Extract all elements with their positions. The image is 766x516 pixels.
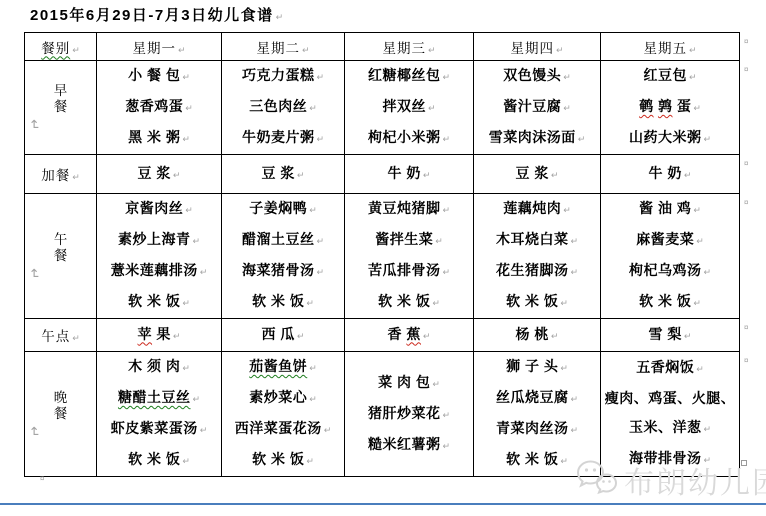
text-segment: 素炒菜心 [249, 389, 307, 405]
text-segment: 狮 子 头 [506, 358, 558, 374]
text-line: 豆 浆↵ [474, 159, 600, 190]
text-line: 牛 奶↵ [601, 159, 739, 190]
paragraph-mark-icon: ↵ [173, 170, 181, 180]
paragraph-mark-icon: ↵ [324, 425, 332, 435]
paragraph-mark-icon: ↵ [316, 72, 324, 82]
paragraph-mark-icon: ↵ [435, 236, 443, 246]
menu-cell[interactable]: 红糖椰丝包↵拌双丝↵枸杞小米粥↵ [345, 61, 474, 155]
paragraph-mark-icon: ↵ [560, 298, 568, 308]
paragraph-mark-icon: ↵ [703, 424, 711, 434]
cell-lines: 苹 果↵ [97, 320, 221, 351]
paragraph-mark-icon: ↵ [442, 134, 450, 144]
text-line: 红糖椰丝包↵ [345, 61, 473, 92]
paragraph-mark-icon: ↵ [192, 394, 200, 404]
menu-cell[interactable]: 豆 浆↵ [222, 155, 345, 194]
text-line: 莲藕炖肉↵ [474, 194, 600, 225]
paragraph-mark-icon: ↵ [182, 363, 190, 373]
text-line: 双色馒头↵ [474, 61, 600, 92]
paragraph-mark-icon: ↵ [432, 298, 440, 308]
text-line: 苹 果↵ [97, 320, 221, 351]
menu-cell[interactable]: 酱 油 鸡↵麻酱麦菜↵枸杞乌鸡汤↵软 米 饭↵ [601, 194, 740, 319]
meal-label-cell[interactable]: 午餐↵ [25, 194, 97, 319]
paragraph-mark-icon: ↵ [306, 456, 314, 466]
text-segment: 莲藕炖肉 [503, 200, 561, 216]
paragraph-mark-icon: ↵ [182, 134, 190, 144]
paragraph-mark-icon: ↵ [560, 456, 568, 466]
row-end-mark-icon: ¤ [744, 38, 748, 46]
text-line: 醋溜土豆丝↵ [222, 225, 344, 256]
menu-cell[interactable]: 莲藕炖肉↵木耳烧白菜↵花生猪脚汤↵软 米 饭↵ [474, 194, 601, 319]
row-end-mark-icon: ¤ [744, 160, 748, 168]
menu-cell[interactable]: 杨 桃↵ [474, 319, 601, 352]
text-line: 青菜肉丝汤↵ [474, 414, 600, 445]
text-segment: 星期一 [132, 41, 176, 56]
text-line: 星期二↵ [222, 37, 344, 57]
text-segment: 牛 奶 [388, 165, 421, 181]
text-segment: 素炒上海青 [118, 231, 191, 247]
cell-lines: 莲藕炖肉↵木耳烧白菜↵花生猪脚汤↵软 米 饭↵ [474, 194, 600, 318]
text-segment: 红豆包 [643, 67, 687, 83]
menu-cell[interactable]: 雪 梨↵ [601, 319, 740, 352]
cell-lines: 五香焖饭↵瘦肉、鸡蛋、火腿、玉米、洋葱↵海带排骨汤↵ [601, 353, 739, 475]
text-segment: 醋溜土豆丝 [242, 231, 315, 247]
text-segment: 京酱肉丝 [125, 200, 183, 216]
cell-lines: 子姜焖鸭↵醋溜土豆丝↵海菜猪骨汤↵软 米 饭↵ [222, 194, 344, 318]
after-table-paragraph-mark-icon: ¤ [40, 474, 44, 483]
text-segment: 麻酱麦菜 [636, 231, 694, 247]
text-line: 豆 浆↵ [97, 159, 221, 190]
text-line: 葱香鸡蛋↵ [97, 92, 221, 123]
text-segment: 蛋 [672, 98, 691, 114]
paragraph-mark-icon: ↵ [703, 134, 711, 144]
paragraph-mark-icon: ↵ [72, 45, 80, 55]
text-line: 子姜焖鸭↵ [222, 194, 344, 225]
text-line: 五香焖饭↵ [601, 353, 739, 384]
kindergarten-watermark: 布朗幼儿园 [576, 458, 766, 502]
spellcheck-flagged-text: 茄酱鱼饼 [249, 358, 307, 374]
text-line: 海菜猪骨汤↵ [222, 256, 344, 287]
wechat-icon [576, 459, 618, 502]
text-line: 酱 油 鸡↵ [601, 194, 739, 225]
text-segment: 木 须 肉 [128, 358, 180, 374]
text-line: 枸杞乌鸡汤↵ [601, 256, 739, 287]
text-line: 黑 米 粥↵ [97, 123, 221, 154]
text-line: 糙米红薯粥↵ [345, 430, 473, 461]
paragraph-mark-icon: ↵ [556, 45, 564, 55]
paragraph-mark-icon: ↵ [442, 205, 450, 215]
paragraph-mark-icon: ↵ [72, 333, 80, 343]
paragraph-mark-icon: ↵ [316, 267, 324, 277]
text-line: 酱汁豆腐↵ [474, 92, 600, 123]
text-segment: 苦瓜排骨汤 [368, 262, 441, 278]
text-line: 菜 肉 包↵ [345, 368, 473, 399]
page-title-text: 2015年6月29日-7月3日幼儿食谱 [30, 7, 274, 24]
row-end-mark-icon: ¤ [744, 324, 748, 332]
paragraph-mark-icon: ↵ [72, 172, 80, 182]
menu-cell[interactable]: 菜 肉 包↵猪肝炒菜花↵糙米红薯粥↵ [345, 352, 474, 477]
text-line: 加餐↵ [25, 164, 96, 184]
cell-lines: 黄豆炖猪脚↵酱拌生菜↵苦瓜排骨汤↵软 米 饭↵ [345, 194, 473, 318]
menu-cell[interactable]: 小 餐 包↵葱香鸡蛋↵黑 米 粥↵ [97, 61, 222, 155]
paragraph-mark-icon: ↵ [309, 363, 317, 373]
paragraph-mark-icon: ↵ [563, 103, 571, 113]
paragraph-mark-icon: ↵ [442, 72, 450, 82]
text-line: 西洋菜蛋花汤↵ [222, 414, 344, 445]
paragraph-mark-icon: ↵ [551, 331, 559, 341]
paragraph-mark-icon: ↵ [689, 72, 697, 82]
text-segment: 红糖椰丝包 [368, 67, 441, 83]
text-segment: 葱香鸡蛋 [125, 98, 183, 114]
text-segment: 花生猪脚汤 [496, 262, 569, 278]
cell-lines: 茄酱鱼饼↵素炒菜心↵西洋菜蛋花汤↵软 米 饭↵ [222, 352, 344, 476]
row-end-mark-icon: ¤ [744, 357, 748, 365]
bottom-accent-line [0, 503, 766, 505]
text-line: 星期一↵ [97, 37, 221, 57]
text-segment: 酱汁豆腐 [503, 98, 561, 114]
text-line: 山药大米粥↵ [601, 123, 739, 154]
menu-cell[interactable]: 黄豆炖猪脚↵酱拌生菜↵苦瓜排骨汤↵软 米 饭↵ [345, 194, 474, 319]
text-line: 瘦肉、鸡蛋、火腿、 [601, 384, 739, 413]
paragraph-mark-icon: ↵ [316, 236, 324, 246]
menu-cell[interactable]: 茄酱鱼饼↵素炒菜心↵西洋菜蛋花汤↵软 米 饭↵ [222, 352, 345, 477]
menu-cell[interactable]: 子姜焖鸭↵醋溜土豆丝↵海菜猪骨汤↵软 米 饭↵ [222, 194, 345, 319]
menu-cell[interactable]: 牛 奶↵ [345, 155, 474, 194]
text-segment: 豆 浆 [516, 165, 549, 181]
text-segment: 枸杞乌鸡汤 [629, 262, 702, 278]
text-segment: 枸杞小米粥 [368, 129, 441, 145]
cell-lines: 雪 梨↵ [601, 320, 739, 351]
paragraph-mark-icon: ↵ [26, 119, 42, 129]
cell-lines: 西 瓜↵ [222, 320, 344, 351]
menu-cell[interactable]: 西 瓜↵ [222, 319, 345, 352]
text-line: 狮 子 头↵ [474, 352, 600, 383]
text-segment: 菜 肉 包 [378, 374, 430, 390]
text-segment: 青菜肉丝汤 [496, 420, 569, 436]
text-line: 西 瓜↵ [222, 320, 344, 351]
text-segment: 海菜猪骨汤 [242, 262, 315, 278]
paragraph-mark-icon: ↵ [306, 298, 314, 308]
text-segment: 软 米 饭 [639, 293, 691, 309]
text-segment: 黑 米 粥 [128, 129, 180, 145]
menu-cell[interactable]: 巧克力蛋糕↵三色肉丝↵牛奶麦片粥↵ [222, 61, 345, 155]
meal-label: 午餐↵ [25, 232, 96, 281]
row-end-mark-icon: ¤ [744, 199, 748, 207]
paragraph-mark-icon: ↵ [428, 45, 436, 55]
paragraph-mark-icon: ↵ [442, 267, 450, 277]
text-segment: 猪肝炒菜花 [368, 405, 441, 421]
menu-cell[interactable]: 香 蕉↵ [345, 319, 474, 352]
text-segment: 星期二 [256, 41, 300, 56]
spellcheck-flagged-text: 鹑 [658, 98, 673, 114]
text-segment: 糙米红薯粥 [368, 436, 441, 452]
watermark-text: 布朗幼儿园 [624, 458, 766, 502]
paragraph-mark-icon: ↵ [200, 267, 208, 277]
paragraph-mark-icon: ↵ [696, 236, 704, 246]
paragraph-mark-icon: ↵ [570, 394, 578, 404]
text-segment: 果 [152, 326, 171, 342]
text-segment: 软 米 饭 [378, 293, 430, 309]
paragraph-mark-icon: ↵ [442, 410, 450, 420]
text-segment: 星期四 [510, 41, 554, 56]
text-segment: 软 米 饭 [506, 451, 558, 467]
paragraph-mark-icon: ↵ [551, 170, 559, 180]
paragraph-mark-icon: ↵ [182, 72, 190, 82]
text-line: 星期三↵ [345, 37, 473, 57]
cell-lines: 红糖椰丝包↵拌双丝↵枸杞小米粥↵ [345, 61, 473, 154]
cell-lines: 双色馒头↵酱汁豆腐↵雪菜肉沫汤面↵ [474, 61, 600, 154]
paragraph-mark-icon: ↵ [432, 379, 440, 389]
cell-lines: 红豆包↵鹌 鹑 蛋↵山药大米粥↵ [601, 61, 739, 154]
paragraph-mark-icon: ↵ [428, 103, 436, 113]
text-segment: 酱 油 鸡 [639, 200, 691, 216]
text-line: 巧克力蛋糕↵ [222, 61, 344, 92]
text-line: 小 餐 包↵ [97, 61, 221, 92]
text-line: 软 米 饭↵ [222, 445, 344, 476]
paragraph-mark-icon: ↵ [302, 45, 310, 55]
text-line: 京酱肉丝↵ [97, 194, 221, 225]
text-line: 丝瓜烧豆腐↵ [474, 383, 600, 414]
paragraph-mark-icon: ↵ [26, 426, 42, 436]
paragraph-mark-icon: ↵ [192, 236, 200, 246]
header-cell-meal-type[interactable]: 餐别↵ [25, 33, 97, 61]
text-segment: 三色肉丝 [249, 98, 307, 114]
text-line: 麻酱麦菜↵ [601, 225, 739, 256]
text-line: 星期五↵ [601, 37, 739, 57]
text-line: 黄豆炖猪脚↵ [345, 194, 473, 225]
text-segment: 玉米、洋葱 [629, 419, 702, 435]
text-line: 软 米 饭↵ [474, 287, 600, 318]
spellcheck-flagged-text: 苹 [138, 326, 153, 342]
text-line: 糖醋土豆丝↵ [97, 383, 221, 414]
paragraph-mark-icon: ↵ [309, 205, 317, 215]
text-line: 杨 桃↵ [474, 320, 600, 351]
text-line: 软 米 饭↵ [97, 445, 221, 476]
paragraph-mark-icon: ↵ [684, 331, 692, 341]
paragraph-mark-icon: ↵ [693, 298, 701, 308]
cell-lines: 豆 浆↵ [222, 159, 344, 190]
text-segment: 巧克力蛋糕 [242, 67, 315, 83]
cell-lines: 京酱肉丝↵素炒上海青↵薏米莲藕排汤↵软 米 饭↵ [97, 194, 221, 318]
paragraph-mark-icon: ↵ [185, 103, 193, 113]
text-line: 雪菜肉沫汤面↵ [474, 123, 600, 154]
text-line: 苦瓜排骨汤↵ [345, 256, 473, 287]
paragraph-mark-icon: ↵ [173, 331, 181, 341]
cell-lines: 小 餐 包↵葱香鸡蛋↵黑 米 粥↵ [97, 61, 221, 154]
text-line: 雪 梨↵ [601, 320, 739, 351]
text-segment: 牛 奶 [649, 165, 682, 181]
menu-cell[interactable]: 牛 奶↵ [601, 155, 740, 194]
text-line: 茄酱鱼饼↵ [222, 352, 344, 383]
text-line: 枸杞小米粥↵ [345, 123, 473, 154]
text-segment: 薏米莲藕排汤 [111, 262, 198, 278]
paragraph-mark-icon: ↵ [563, 72, 571, 82]
meal-label-cell[interactable]: 午点↵ [25, 319, 97, 352]
text-segment: 软 米 饭 [252, 293, 304, 309]
text-segment: 雪菜肉沫汤面 [489, 129, 576, 145]
paragraph-mark-icon: ↵ [570, 425, 578, 435]
text-segment: 软 米 饭 [128, 451, 180, 467]
paragraph-mark-icon: ↵ [563, 205, 571, 215]
text-segment: 星期三 [382, 41, 426, 56]
text-segment: 豆 浆 [138, 165, 171, 181]
paragraph-mark-icon: ↵ [570, 267, 578, 277]
text-segment: 午点 [41, 329, 70, 344]
header-cell-day[interactable]: 星期二↵ [222, 33, 345, 61]
text-line: 素炒上海青↵ [97, 225, 221, 256]
cell-lines: 木 须 肉↵糖醋土豆丝↵虾皮紫菜蛋汤↵软 米 饭↵ [97, 352, 221, 476]
paragraph-mark-icon: ↵ [182, 456, 190, 466]
paragraph-mark-icon: ↵ [182, 298, 190, 308]
paragraph-mark-icon: ↵ [185, 205, 193, 215]
text-line: 牛奶麦片粥↵ [222, 123, 344, 154]
paragraph-mark-icon: ↵ [578, 134, 586, 144]
text-segment: 杨 桃 [516, 326, 549, 342]
header-cell-day[interactable]: 星期五↵ [601, 33, 740, 61]
paragraph-mark-icon: ↵ [276, 12, 284, 22]
paragraph-mark-icon: ↵ [560, 363, 568, 373]
paragraph-mark-icon: ↵ [423, 170, 431, 180]
text-line: 软 米 饭↵ [97, 287, 221, 318]
meal-label: 晚餐↵ [25, 390, 96, 439]
cell-lines: 杨 桃↵ [474, 320, 600, 351]
paragraph-mark-icon: ↵ [178, 45, 186, 55]
text-segment: 小 餐 包 [128, 67, 180, 83]
text-segment: 山药大米粥 [629, 129, 702, 145]
text-segment: 拌双丝 [382, 98, 426, 114]
text-line: 木 须 肉↵ [97, 352, 221, 383]
text-segment: 丝瓜烧豆腐 [496, 389, 569, 405]
menu-table: 餐别↵星期一↵星期二↵星期三↵星期四↵星期五↵早餐↵小 餐 包↵葱香鸡蛋↵黑 米… [24, 32, 740, 477]
text-segment: 雪 梨 [649, 326, 682, 342]
paragraph-mark-icon: ↵ [693, 205, 701, 215]
paragraph-mark-icon: ↵ [689, 45, 697, 55]
paragraph-mark-icon: ↵ [570, 236, 578, 246]
menu-cell[interactable]: 双色馒头↵酱汁豆腐↵雪菜肉沫汤面↵ [474, 61, 601, 155]
page-title: 2015年6月29日-7月3日幼儿食谱↵ [30, 4, 283, 25]
text-line: 餐别↵ [25, 37, 96, 57]
text-segment: 子姜焖鸭 [249, 200, 307, 216]
text-line: 软 米 饭↵ [222, 287, 344, 318]
cell-lines: 豆 浆↵ [97, 159, 221, 190]
cell-lines: 牛 奶↵ [601, 159, 739, 190]
spellcheck-flagged-text: 餐别 [41, 41, 70, 56]
meal-label-cell[interactable]: 晚餐↵ [25, 352, 97, 477]
text-line: 素炒菜心↵ [222, 383, 344, 414]
paragraph-mark-icon: ↵ [316, 134, 324, 144]
text-segment: 木耳烧白菜 [496, 231, 569, 247]
text-segment: 瘦肉、鸡蛋、火腿、 [605, 390, 736, 406]
text-line: 香 蕉↵ [345, 320, 473, 351]
text-segment: 软 米 饭 [506, 293, 558, 309]
text-line: 虾皮紫菜蛋汤↵ [97, 414, 221, 445]
text-segment: 豆 浆 [262, 165, 295, 181]
text-line: 软 米 饭↵ [345, 287, 473, 318]
text-line: 玉米、洋葱↵ [601, 413, 739, 444]
paragraph-mark-icon: ↵ [297, 331, 305, 341]
paragraph-mark-icon: ↵ [26, 268, 42, 278]
meal-label-cell[interactable]: 早餐↵ [25, 61, 97, 155]
menu-cell[interactable]: 红豆包↵鹌 鹑 蛋↵山药大米粥↵ [601, 61, 740, 155]
text-segment: 酱拌生菜 [375, 231, 433, 247]
paragraph-mark-icon: ↵ [693, 103, 701, 113]
paragraph-mark-icon: ↵ [442, 441, 450, 451]
paragraph-mark-icon: ↵ [703, 267, 711, 277]
menu-cell[interactable]: 京酱肉丝↵素炒上海青↵薏米莲藕排汤↵软 米 饭↵ [97, 194, 222, 319]
text-segment: 五香焖饭 [636, 359, 694, 375]
meal-label-cell[interactable]: 加餐↵ [25, 155, 97, 194]
cell-lines: 牛 奶↵ [345, 159, 473, 190]
text-segment: 虾皮紫菜蛋汤 [111, 420, 198, 436]
cell-lines: 巧克力蛋糕↵三色肉丝↵牛奶麦片粥↵ [222, 61, 344, 154]
text-segment: 软 米 饭 [252, 451, 304, 467]
text-segment: 西洋菜蛋花汤 [235, 420, 322, 436]
paragraph-mark-icon: ↵ [297, 170, 305, 180]
text-segment: 牛奶麦片粥 [242, 129, 315, 145]
text-segment: 黄豆炖猪脚 [368, 200, 441, 216]
text-line: 薏米莲藕排汤↵ [97, 256, 221, 287]
spellcheck-flagged-text: 糖醋土豆丝 [118, 389, 191, 405]
header-cell-day[interactable]: 星期一↵ [97, 33, 222, 61]
text-line: 木耳烧白菜↵ [474, 225, 600, 256]
text-segment: 软 米 饭 [128, 293, 180, 309]
cell-lines: 香 蕉↵ [345, 320, 473, 351]
cell-lines: 豆 浆↵ [474, 159, 600, 190]
menu-cell[interactable]: 豆 浆↵ [474, 155, 601, 194]
text-line: 三色肉丝↵ [222, 92, 344, 123]
menu-cell[interactable]: 豆 浆↵ [97, 155, 222, 194]
spellcheck-flagged-text: 鹌 [639, 98, 654, 114]
menu-cell[interactable]: 苹 果↵ [97, 319, 222, 352]
spellcheck-flagged-text: 蕉 [406, 326, 421, 342]
cell-lines: 菜 肉 包↵猪肝炒菜花↵糙米红薯粥↵ [345, 368, 473, 461]
header-cell-day[interactable]: 星期三↵ [345, 33, 474, 61]
text-line: 猪肝炒菜花↵ [345, 399, 473, 430]
row-end-mark-icon: ¤ [744, 66, 748, 74]
menu-cell[interactable]: 木 须 肉↵糖醋土豆丝↵虾皮紫菜蛋汤↵软 米 饭↵ [97, 352, 222, 477]
text-line: 豆 浆↵ [222, 159, 344, 190]
text-segment: 星期五 [643, 41, 687, 56]
paragraph-mark-icon: ↵ [696, 364, 704, 374]
cell-lines: 酱 油 鸡↵麻酱麦菜↵枸杞乌鸡汤↵软 米 饭↵ [601, 194, 739, 318]
meal-label: 早餐↵ [25, 83, 96, 132]
text-line: 软 米 饭↵ [601, 287, 739, 318]
text-line: 红豆包↵ [601, 61, 739, 92]
text-line: 酱拌生菜↵ [345, 225, 473, 256]
text-segment: 加餐 [41, 168, 70, 183]
text-line: 鹌 鹑 蛋↵ [601, 92, 739, 123]
paragraph-mark-icon: ↵ [309, 103, 317, 113]
paragraph-mark-icon: ↵ [684, 170, 692, 180]
text-line: 午点↵ [25, 325, 96, 345]
text-segment: 香 [388, 326, 407, 342]
header-cell-day[interactable]: 星期四↵ [474, 33, 601, 61]
paragraph-mark-icon: ↵ [309, 394, 317, 404]
text-segment: 双色馒头 [503, 67, 561, 83]
paragraph-mark-icon: ↵ [200, 425, 208, 435]
text-line: 星期四↵ [474, 37, 600, 57]
text-segment: 西 瓜 [262, 326, 295, 342]
paragraph-mark-icon: ↵ [423, 331, 431, 341]
text-line: 牛 奶↵ [345, 159, 473, 190]
text-line: 花生猪脚汤↵ [474, 256, 600, 287]
text-line: 拌双丝↵ [345, 92, 473, 123]
